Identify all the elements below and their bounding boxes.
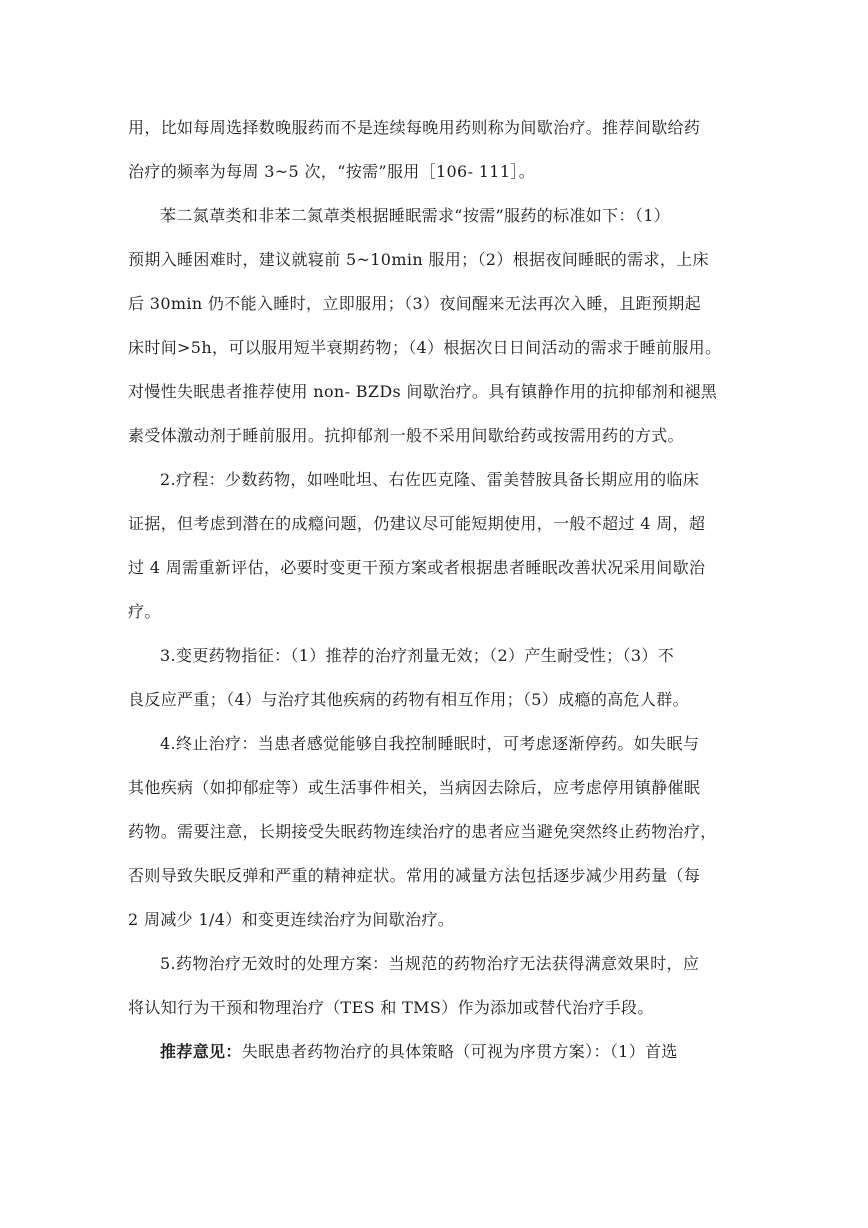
text-line: 后 30min 仍不能入睡时，立即服用；（3）夜间醒来无法再次入睡，且距预期起 — [128, 294, 701, 314]
text-line: 治疗的频率为每周 3~5 次，“按需”服用［106- 111］。 — [128, 162, 535, 182]
text-line: 否则导致失眠反弹和严重的精神症状。常用的减量方法包括逐步减少用药量（每 — [128, 866, 700, 886]
text-line: 5.药物治疗无效时的处理方案：当规范的药物治疗无法获得满意效果时，应 — [160, 954, 699, 974]
paragraph-recommendation: 推荐意见：失眠患者药物治疗的具体策略（可视为序贯方案）：（1）首选 — [160, 1042, 678, 1062]
text-line: 2 周减少 1/4）和变更连续治疗为间歇治疗。 — [128, 910, 454, 930]
text-line: 床时间>5h，可以服用短半衰期药物；（4）根据次日日间活动的需求于睡前服用。 — [128, 338, 721, 358]
text-line: 2.疗程：少数药物，如唑吡坦、右佐匹克隆、雷美替胺具备长期应用的临床 — [160, 470, 699, 490]
text-line: 良反应严重；（4）与治疗其他疾病的药物有相互作用；（5）成瘾的高危人群。 — [128, 690, 689, 710]
recommendation-label: 推荐意见： — [160, 1042, 242, 1061]
text-line: 苯二氮䓬类和非苯二氮䓬类根据睡眠需求“按需”服药的标准如下：（1） — [160, 206, 670, 226]
text-line: 素受体激动剂于睡前服用。抗抑郁剂一般不采用间歇给药或按需用药的方式。 — [128, 426, 684, 446]
text-line: 4.终止治疗：当患者感觉能够自我控制睡眠时，可考虑逐渐停药。如失眠与 — [160, 734, 699, 754]
text-line: 过 4 周需重新评估，必要时变更干预方案或者根据患者睡眠改善状况采用间歇治 — [128, 558, 705, 578]
text-line: 证据，但考虑到潜在的成瘾问题，仍建议尽可能短期使用，一般不超过 4 周，超 — [128, 514, 705, 534]
text-line: 其他疾病（如抑郁症等）或生活事件相关，当病因去除后，应考虑停用镇静催眠 — [128, 778, 700, 798]
text-line: 预期入睡困难时，建议就寝前 5~10min 服用；（2）根据夜间睡眠的需求，上床 — [128, 250, 709, 270]
text-line: 用，比如每周选择数晚服药而不是连续每晚用药则称为间歇治疗。推荐间歇给药 — [128, 118, 700, 138]
text-line: 对慢性失眠患者推荐使用 non- BZDs 间歇治疗。具有镇静作用的抗抑郁剂和褪… — [128, 382, 717, 402]
text-line: 将认知行为干预和物理治疗（TES 和 TMS）作为添加或替代治疗手段。 — [128, 998, 654, 1018]
document-page: 用，比如每周选择数晚服药而不是连续每晚用药则称为间歇治疗。推荐间歇给药 治疗的频… — [0, 0, 868, 1228]
text-line: 药物。需要注意，长期接受失眠药物连续治疗的患者应当避免突然终止药物治疗， — [128, 822, 717, 842]
text-line: 3.变更药物指征：（1）推荐的治疗剂量无效；（2）产生耐受性；（3）不 — [160, 646, 674, 666]
text-line: 失眠患者药物治疗的具体策略（可视为序贯方案）：（1）首选 — [242, 1042, 678, 1061]
text-line: 疗。 — [128, 602, 161, 622]
